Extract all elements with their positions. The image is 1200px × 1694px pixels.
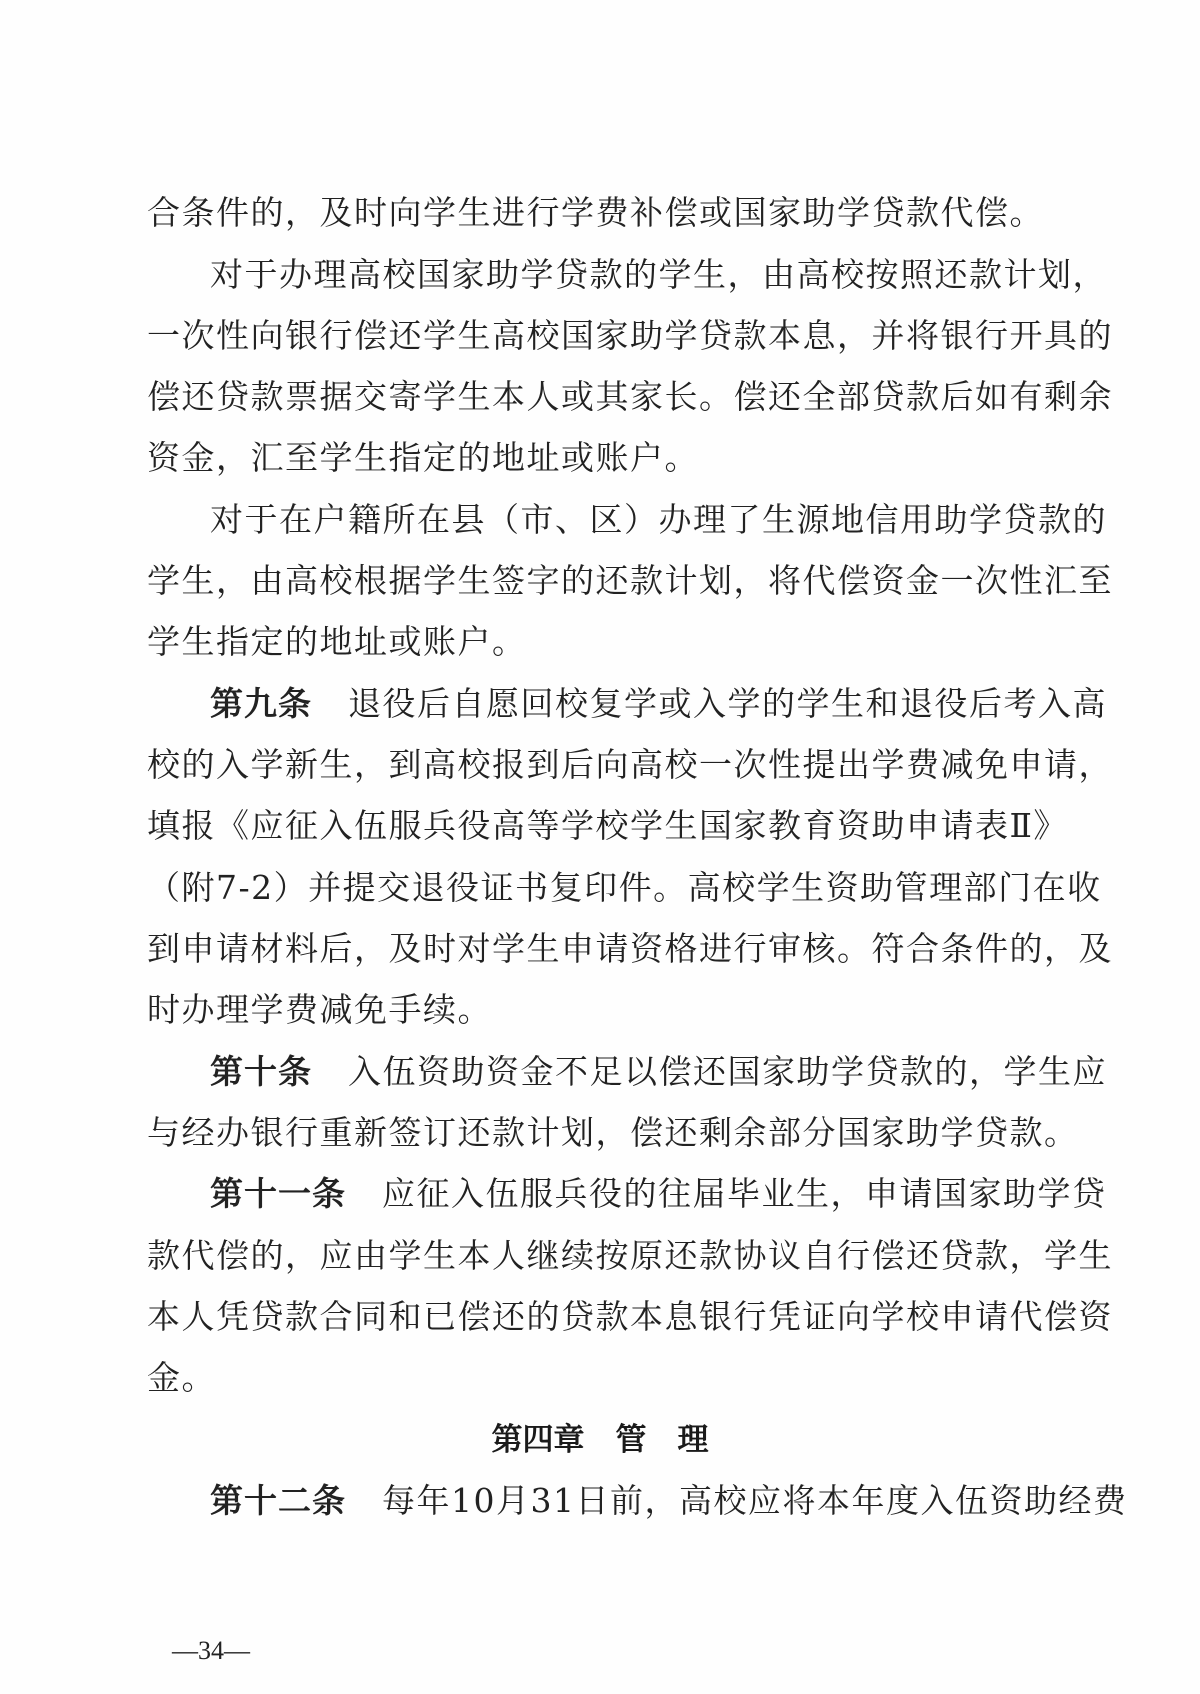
paragraph-line: 学生指定的地址或账户。 bbox=[147, 622, 987, 662]
paragraph-line: 填报《应征入伍服兵役高等学校学生国家教育资助申请表Ⅱ》 bbox=[147, 806, 987, 846]
paragraph-line: 时办理学费减免手续。 bbox=[147, 990, 987, 1030]
paragraph-line: 校的入学新生，到高校报到后向高校一次性提出学费减免申请， bbox=[147, 745, 987, 785]
article-9-first-line: 第九条退役后自愿回校复学或入学的学生和退役后考入高 bbox=[210, 684, 987, 724]
paragraph-line: 合条件的，及时向学生进行学费补偿或国家助学贷款代偿。 bbox=[147, 193, 987, 233]
paragraph-line: 款代偿的，应由学生本人继续按原还款协议自行偿还贷款，学生 bbox=[147, 1236, 987, 1276]
paragraph-line: 本人凭贷款合同和已偿还的贷款本息银行凭证向学校申请代偿资 bbox=[147, 1297, 987, 1337]
paragraph-line: 到申请材料后，及时对学生申请资格进行审核。符合条件的，及 bbox=[147, 929, 987, 969]
chapter-heading: 第四章 管 理 bbox=[0, 1420, 1200, 1460]
document-page: 合条件的，及时向学生进行学费补偿或国家助学贷款代偿。 对于办理高校国家助学贷款的… bbox=[0, 0, 1200, 1694]
article-10-label: 第十条 bbox=[210, 1052, 312, 1091]
paragraph-line: 一次性向银行偿还学生高校国家助学贷款本息，并将银行开具的 bbox=[147, 316, 987, 356]
paragraph-line: （附7-2）并提交退役证书复印件。高校学生资助管理部门在收 bbox=[147, 868, 987, 908]
paragraph-line: 对于在户籍所在县（市、区）办理了生源地信用助学贷款的 bbox=[210, 500, 987, 540]
paragraph-line: 偿还贷款票据交寄学生本人或其家长。偿还全部贷款后如有剩余 bbox=[147, 377, 987, 417]
page-number: —34— bbox=[172, 1636, 250, 1666]
paragraph-line: 学生，由高校根据学生签字的还款计划，将代偿资金一次性汇至 bbox=[147, 561, 987, 601]
article-11-text: 应征入伍服兵役的往届毕业生，申请国家助学贷 bbox=[382, 1174, 1107, 1213]
paragraph-line: 金。 bbox=[147, 1358, 987, 1398]
article-11-label: 第十一条 bbox=[210, 1174, 346, 1213]
paragraph-line: 与经办银行重新签订还款计划，偿还剩余部分国家助学贷款。 bbox=[147, 1113, 987, 1153]
article-11-first-line: 第十一条应征入伍服兵役的往届毕业生，申请国家助学贷 bbox=[210, 1174, 987, 1214]
article-10-first-line: 第十条入伍资助资金不足以偿还国家助学贷款的，学生应 bbox=[210, 1052, 987, 1092]
paragraph-line: 对于办理高校国家助学贷款的学生，由高校按照还款计划， bbox=[210, 255, 987, 295]
article-12-text: 每年10月31日前，高校应将本年度入伍资助经费 bbox=[382, 1481, 1127, 1520]
article-9-text: 退役后自愿回校复学或入学的学生和退役后考入高 bbox=[348, 684, 1107, 723]
article-10-text: 入伍资助资金不足以偿还国家助学贷款的，学生应 bbox=[348, 1052, 1107, 1091]
article-12-label: 第十二条 bbox=[210, 1481, 346, 1520]
paragraph-line: 资金，汇至学生指定的地址或账户。 bbox=[147, 438, 987, 478]
article-12-first-line: 第十二条每年10月31日前，高校应将本年度入伍资助经费 bbox=[210, 1481, 987, 1521]
article-9-label: 第九条 bbox=[210, 684, 312, 723]
